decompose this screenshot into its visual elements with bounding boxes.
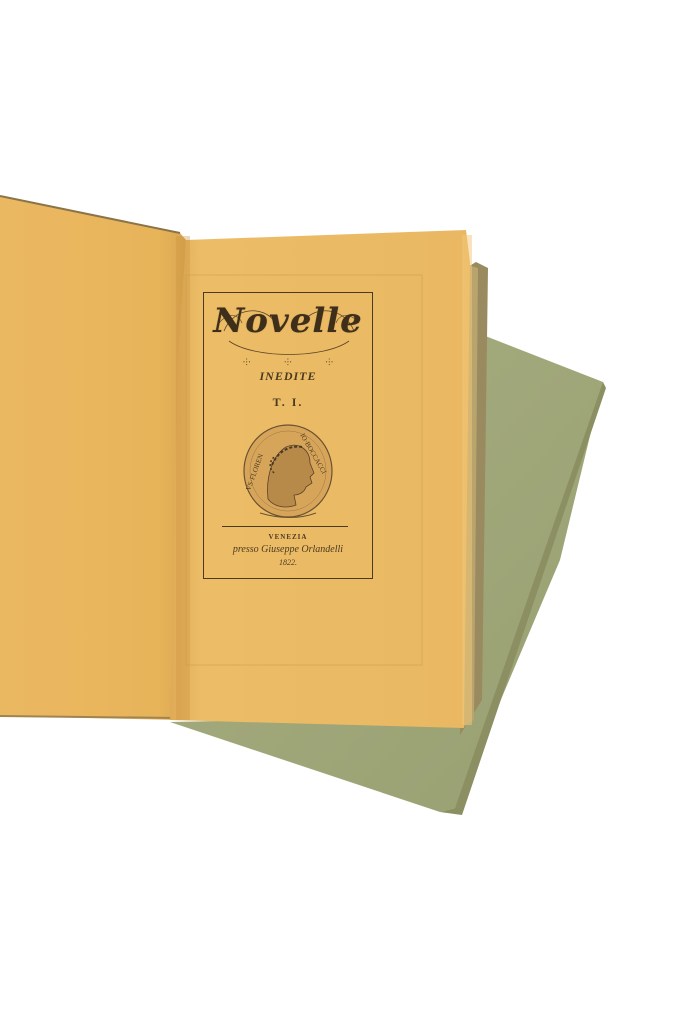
imprint-year: 1822. [204,558,372,567]
photo-scene: Novelle ⸭ ⸭ ⸭ INEDITE T. I. VS·FLOREN IO… [0,0,683,1024]
boccaccio-medallion-icon: VS·FLOREN IO·BOCCACCI [240,421,336,521]
imprint-divider [222,526,348,527]
book-title: Novelle [204,301,372,341]
book-subtitle: INEDITE [204,369,372,384]
ornament-icon: ⸭ [284,355,291,368]
imprint-city: VENEZIA [204,533,372,541]
ornament-icon: ⸭ [326,355,333,368]
imprint-publisher: presso Giuseppe Orlandelli [204,544,372,555]
ornament-icon: ⸭ [243,355,250,368]
title-ornaments: ⸭ ⸭ ⸭ [204,355,372,368]
title-page-frame: Novelle ⸭ ⸭ ⸭ INEDITE T. I. VS·FLOREN IO… [203,292,373,579]
volume-number: T. I. [204,395,372,410]
